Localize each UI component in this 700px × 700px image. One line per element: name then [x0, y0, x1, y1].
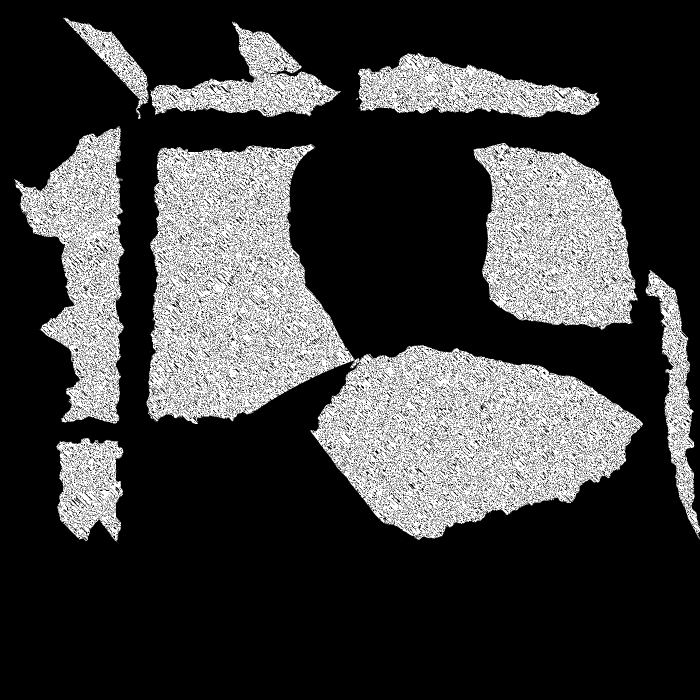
photo-scene — [0, 0, 700, 700]
silhouette-artwork — [0, 0, 700, 700]
